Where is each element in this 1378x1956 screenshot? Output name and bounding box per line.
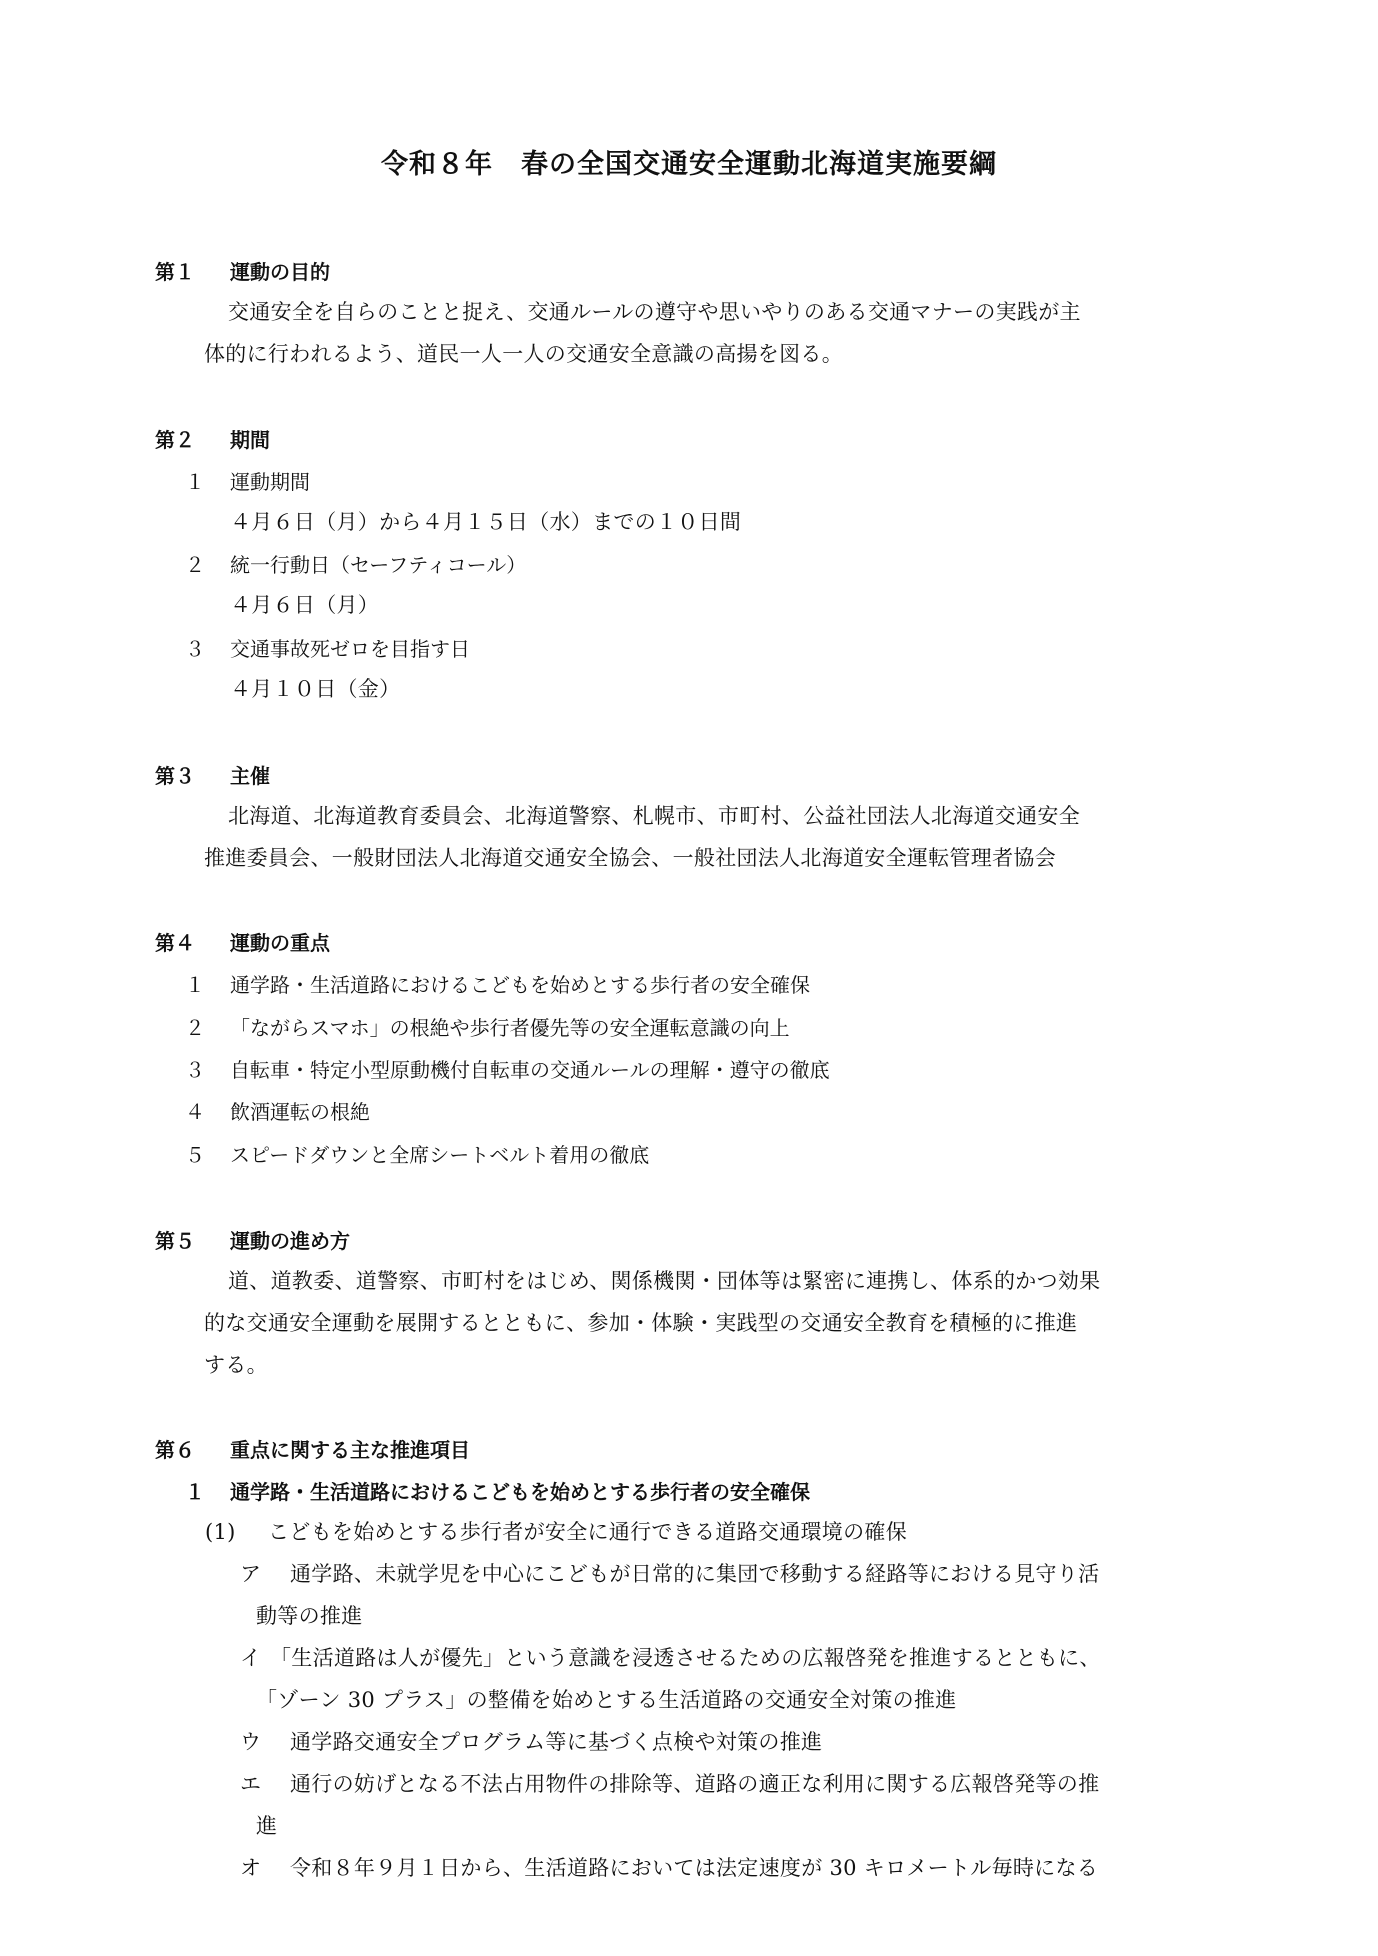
- entry-mark: エ: [240, 1768, 290, 1798]
- section-number: 第１: [155, 256, 230, 285]
- section-number: 第６: [155, 1434, 230, 1463]
- item-number: ２: [185, 549, 230, 578]
- entry-text: 通学路交通安全プログラム等に基づく点検や対策の推進: [290, 1730, 822, 1754]
- section-5-text-line-2: 的な交通安全運動を展開するとともに、参加・体験・実践型の交通安全教育を積極的に推…: [204, 1307, 1077, 1337]
- entry-text: 令和８年９月１日から、生活道路においては法定速度が 30 キロメートル毎時になる: [290, 1856, 1098, 1880]
- entry-mark: ウ: [240, 1726, 290, 1756]
- section-2-heading: 第２期間: [155, 424, 270, 453]
- section-6-heading: 第６重点に関する主な推進項目: [155, 1434, 470, 1463]
- focus-item-1: １通学路・生活道路におけるこどもを始めとする歩行者の安全確保: [185, 969, 810, 998]
- period-item-3: ３交通事故死ゼロを目指す日: [185, 633, 470, 662]
- section-3-heading: 第３主催: [155, 760, 270, 789]
- section-1-text-line-2: 体的に行われるよう、道民一人一人の交通安全意識の高揚を図る。: [204, 338, 843, 368]
- entry-o: オ令和８年９月１日から、生活道路においては法定速度が 30 キロメートル毎時にな…: [240, 1852, 1098, 1882]
- item-label: 運動期間: [230, 470, 310, 494]
- entry-mark: オ: [240, 1852, 290, 1882]
- entry-u: ウ通学路交通安全プログラム等に基づく点検や対策の推進: [240, 1726, 822, 1756]
- period-item-1: １運動期間: [185, 466, 310, 495]
- section-3-text-line-2: 推進委員会、一般財団法人北海道交通安全協会、一般社団法人北海道安全運転管理者協会: [204, 842, 1056, 872]
- section-title: 期間: [230, 428, 270, 452]
- entry-i-continued: 「ゾーン 30 プラス」の整備を始めとする生活道路の交通安全対策の推進: [256, 1684, 957, 1714]
- period-item-3-value: ４月１０日（金）: [230, 673, 400, 703]
- section-5-text-line-3: する。: [204, 1349, 268, 1379]
- section-1-text-line-1: 交通安全を自らのことと捉え、交通ルールの遵守や思いやりのある交通マナーの実践が主: [228, 296, 1081, 326]
- entry-text: 通学路、未就学児を中心にこどもが日常的に集団で移動する経路等における見守り活: [290, 1562, 1099, 1586]
- document-page: 令和８年 春の全国交通安全運動北海道実施要綱 第１運動の目的 交通安全を自らのこ…: [0, 0, 1378, 1956]
- entry-e: エ通行の妨げとなる不法占用物件の排除等、道路の適正な利用に関する広報啓発等の推: [240, 1768, 1099, 1798]
- section-3-text-line-1: 北海道、北海道教育委員会、北海道警察、札幌市、市町村、公益社団法人北海道交通安全: [228, 800, 1080, 830]
- focus-item-3: ３自転車・特定小型原動機付自転車の交通ルールの理解・遵守の徹底: [185, 1054, 830, 1083]
- item-number: １: [185, 466, 230, 495]
- subitem-number: (1): [205, 1520, 268, 1544]
- item-number: ２: [185, 1012, 230, 1041]
- focus-item-4: ４飲酒運転の根絶: [185, 1096, 370, 1125]
- section-5-heading: 第５運動の進め方: [155, 1225, 350, 1254]
- entry-a: ア通学路、未就学児を中心にこどもが日常的に集団で移動する経路等における見守り活: [240, 1558, 1099, 1588]
- item-label: スピードダウンと全席シートベルト着用の徹底: [230, 1143, 649, 1167]
- document-title: 令和８年 春の全国交通安全運動北海道実施要綱: [0, 142, 1378, 181]
- entry-e-continued: 進: [256, 1810, 277, 1840]
- entry-mark: イ: [240, 1642, 270, 1672]
- item-label: 通学路・生活道路におけるこどもを始めとする歩行者の安全確保: [230, 973, 810, 997]
- section-number: 第３: [155, 760, 230, 789]
- period-item-1-value: ４月６日（月）から４月１５日（水）までの１０日間: [230, 506, 741, 536]
- item-label: 自転車・特定小型原動機付自転車の交通ルールの理解・遵守の徹底: [230, 1058, 830, 1082]
- section-4-heading: 第４運動の重点: [155, 927, 330, 956]
- period-item-2-value: ４月６日（月）: [230, 589, 379, 619]
- section-title: 運動の重点: [230, 931, 330, 955]
- promotion-item-1: １通学路・生活道路におけるこどもを始めとする歩行者の安全確保: [185, 1476, 810, 1505]
- item-label: 通学路・生活道路におけるこどもを始めとする歩行者の安全確保: [230, 1480, 810, 1504]
- section-number: 第４: [155, 927, 230, 956]
- item-number: １: [185, 1476, 230, 1505]
- item-number: ３: [185, 633, 230, 662]
- focus-item-5: ５スピードダウンと全席シートベルト着用の徹底: [185, 1139, 649, 1168]
- section-1-heading: 第１運動の目的: [155, 256, 330, 285]
- section-title: 運動の目的: [230, 260, 330, 284]
- item-label: 飲酒運転の根絶: [230, 1100, 370, 1124]
- entry-text: 通行の妨げとなる不法占用物件の排除等、道路の適正な利用に関する広報啓発等の推: [290, 1772, 1099, 1796]
- section-5-text-line-1: 道、道教委、道警察、市町村をはじめ、関係機関・団体等は緊密に連携し、体系的かつ効…: [228, 1265, 1100, 1295]
- item-number: ４: [185, 1096, 230, 1125]
- entry-mark: ア: [240, 1558, 290, 1588]
- entry-a-continued: 動等の推進: [256, 1600, 363, 1630]
- section-title: 運動の進め方: [230, 1229, 350, 1253]
- item-label: 交通事故死ゼロを目指す日: [230, 637, 470, 661]
- period-item-2: ２統一行動日（セーフティコール）: [185, 549, 526, 578]
- entry-text: 「生活道路は人が優先」という意識を浸透させるための広報啓発を推進するとともに、: [270, 1646, 1101, 1670]
- item-label: 「ながらスマホ」の根絶や歩行者優先等の安全運転意識の向上: [230, 1016, 790, 1040]
- section-number: 第５: [155, 1225, 230, 1254]
- focus-item-2: ２「ながらスマホ」の根絶や歩行者優先等の安全運転意識の向上: [185, 1012, 790, 1041]
- subitem-label: こどもを始めとする歩行者が安全に通行できる道路交通環境の確保: [268, 1520, 907, 1544]
- item-number: ５: [185, 1139, 230, 1168]
- item-number: ３: [185, 1054, 230, 1083]
- section-title: 主催: [230, 764, 270, 788]
- section-number: 第２: [155, 424, 230, 453]
- section-title: 重点に関する主な推進項目: [230, 1438, 470, 1462]
- entry-i: イ「生活道路は人が優先」という意識を浸透させるための広報啓発を推進するとともに、: [240, 1642, 1101, 1672]
- item-number: １: [185, 969, 230, 998]
- item-label: 統一行動日（セーフティコール）: [230, 553, 526, 577]
- promotion-subitem-1: (1)こどもを始めとする歩行者が安全に通行できる道路交通環境の確保: [205, 1516, 907, 1546]
